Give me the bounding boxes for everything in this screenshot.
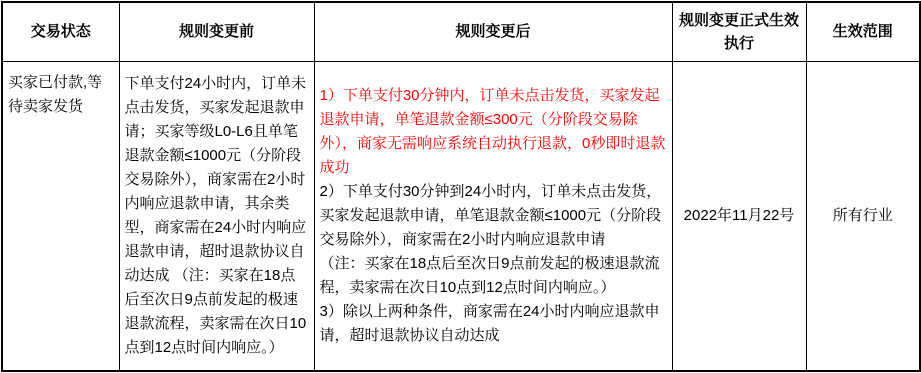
rule-change-table: 交易状态 规则变更前 规则变更后 规则变更正式生效执行 生效范围 买家已付款,等… xyxy=(1,1,921,372)
rule-after-cell: 1）下单支付30分钟内，订单未点击发货，买家发起退款申请，单笔退款金额≤300元… xyxy=(314,61,672,371)
rule-after-note: （注：买家在18点后至次日9点前发起的极速退款流程，卖家需在次日10点到12点时… xyxy=(320,252,667,300)
header-transaction-status: 交易状态 xyxy=(2,2,119,61)
effective-date-cell: 2022年11月22号 xyxy=(672,61,806,371)
scope-cell: 所有行业 xyxy=(806,61,920,371)
table-row: 买家已付款,等待卖家发货 下单支付24小时内，订单未点击发货，买家发起退款申请；… xyxy=(2,61,920,371)
rule-after-clause-3: 3）除以上两种条件，商家需在24小时内响应退款申请，超时退款协议自动达成 xyxy=(320,300,667,348)
header-rule-after: 规则变更后 xyxy=(314,2,672,61)
header-rule-before: 规则变更前 xyxy=(119,2,314,61)
rule-after-clause-2: 2）下单支付30分钟到24小时内，订单未点击发货，买家发起退款申请，单笔退款金额… xyxy=(320,180,667,252)
page: 交易状态 规则变更前 规则变更后 规则变更正式生效执行 生效范围 买家已付款,等… xyxy=(0,0,921,373)
status-cell: 买家已付款,等待卖家发货 xyxy=(2,61,119,371)
header-scope: 生效范围 xyxy=(806,2,920,61)
header-effective-date: 规则变更正式生效执行 xyxy=(672,2,806,61)
header-row: 交易状态 规则变更前 规则变更后 规则变更正式生效执行 生效范围 xyxy=(2,2,920,61)
rule-after-highlighted-clause: 1）下单支付30分钟内，订单未点击发货，买家发起退款申请，单笔退款金额≤300元… xyxy=(320,84,667,180)
rule-before-cell: 下单支付24小时内，订单未点击发货，买家发起退款申请；买家等级L0-L6且单笔退… xyxy=(119,61,314,371)
